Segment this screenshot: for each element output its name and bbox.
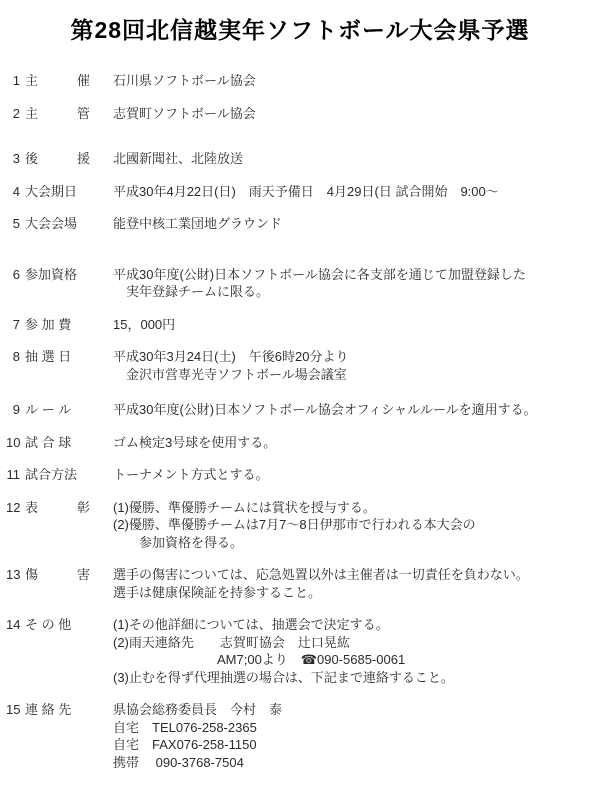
- item-value-line: 平成30年度(公財)日本ソフトボール協会に各支部を通じて加盟登録した: [113, 266, 594, 284]
- item-value-line: (1)その他詳細については、抽選会で決定する。: [113, 616, 594, 634]
- item-value: (1)その他詳細については、抽選会で決定する。(2)雨天連絡先 志賀町協会 辻口…: [113, 616, 594, 686]
- item-number: 15: [6, 701, 20, 719]
- item-value: 志賀町ソフトボール協会: [113, 105, 594, 123]
- item-value-line: 平成30年4月22日(日) 雨天予備日 4月29日(日 試合開始 9:00～: [113, 183, 594, 201]
- item-label: 大会会場: [25, 215, 113, 233]
- item-label: 試 合 球: [25, 434, 113, 452]
- list-item: 2主 管志賀町ソフトボール協会: [6, 105, 594, 123]
- item-number: 3: [6, 150, 20, 168]
- item-value-line: 平成30年3月24日(土) 午後6時20分より: [113, 348, 594, 366]
- item-label: 主 催: [25, 72, 113, 90]
- list-item: 8抽 選 日平成30年3月24日(土) 午後6時20分より 金沢市営専光寺ソフト…: [6, 348, 594, 383]
- item-label: 後 援: [25, 150, 113, 168]
- item-value: 北國新聞社、北陸放送: [113, 150, 594, 168]
- item-value: ゴム検定3号球を使用する。: [113, 434, 594, 452]
- item-value: 平成30年度(公財)日本ソフトボール協会に各支部を通じて加盟登録した 実年登録チ…: [113, 266, 594, 301]
- list-item: 5大会会場能登中核工業団地グラウンド: [6, 215, 594, 233]
- item-label: 表 彰: [25, 499, 113, 517]
- item-number: 4: [6, 183, 20, 201]
- item-number: 9: [6, 401, 20, 419]
- item-label: そ の 他: [25, 616, 113, 634]
- item-value-line: (3)止むを得ず代理抽選の場合は、下記まで連絡すること。: [113, 669, 594, 687]
- item-label: 参加資格: [25, 266, 113, 284]
- item-label: ル ー ル: [25, 401, 113, 419]
- items-list: 1主 催石川県ソフトボール協会2主 管志賀町ソフトボール協会3後 援北國新聞社、…: [6, 72, 594, 771]
- item-value-line: 自宅 FAX076-258-1150: [113, 736, 594, 754]
- item-value-line: 15，000円: [113, 316, 594, 334]
- item-value-line: トーナメント方式とする。: [113, 466, 594, 484]
- list-item: 9ル ー ル平成30年度(公財)日本ソフトボール協会オフィシャルルールを適用する…: [6, 401, 594, 419]
- document-page: 第28回北信越実年ソフトボール大会県予選 1主 催石川県ソフトボール協会2主 管…: [0, 0, 600, 789]
- item-number: 11: [6, 466, 20, 484]
- item-value: 能登中核工業団地グラウンド: [113, 215, 594, 233]
- list-item: 14そ の 他(1)その他詳細については、抽選会で決定する。(2)雨天連絡先 志…: [6, 616, 594, 686]
- item-number: 10: [6, 434, 20, 452]
- list-item: 3後 援北國新聞社、北陸放送: [6, 150, 594, 168]
- item-number: 12: [6, 499, 20, 517]
- item-value-line: 志賀町ソフトボール協会: [113, 105, 594, 123]
- item-label: 試合方法: [25, 466, 113, 484]
- item-value: 石川県ソフトボール協会: [113, 72, 594, 90]
- item-number: 14: [6, 616, 20, 634]
- item-value-line: 実年登録チームに限る。: [113, 283, 594, 301]
- item-value-line: 携帯 090-3768-7504: [113, 754, 594, 772]
- item-label: 傷 害: [25, 566, 113, 584]
- list-item: 15連 絡 先県協会総務委員長 今村 泰自宅 TEL076-258-2365自宅…: [6, 701, 594, 771]
- item-value: 15，000円: [113, 316, 594, 334]
- item-value-line: 平成30年度(公財)日本ソフトボール協会オフィシャルルールを適用する。: [113, 401, 594, 419]
- item-number: 5: [6, 215, 20, 233]
- list-item: 12表 彰(1)優勝、準優勝チームには賞状を授与する。(2)優勝、準優勝チームは…: [6, 499, 594, 552]
- item-value-line: 自宅 TEL076-258-2365: [113, 719, 594, 737]
- item-value-line: 県協会総務委員長 今村 泰: [113, 701, 594, 719]
- item-value: 平成30年3月24日(土) 午後6時20分より 金沢市営専光寺ソフトボール場会議…: [113, 348, 594, 383]
- item-value-line: 金沢市営専光寺ソフトボール場会議室: [113, 366, 594, 384]
- item-value-line: 能登中核工業団地グラウンド: [113, 215, 594, 233]
- item-number: 8: [6, 348, 20, 366]
- item-value-line: 選手は健康保険証を持参すること。: [113, 584, 594, 602]
- item-value: トーナメント方式とする。: [113, 466, 594, 484]
- item-value-line: 選手の傷害については、応急処置以外は主催者は一切責任を負わない。: [113, 566, 594, 584]
- item-value: 選手の傷害については、応急処置以外は主催者は一切責任を負わない。選手は健康保険証…: [113, 566, 594, 601]
- item-label: 参 加 費: [25, 316, 113, 334]
- item-value: (1)優勝、準優勝チームには賞状を授与する。(2)優勝、準優勝チームは7月7～8…: [113, 499, 594, 552]
- item-value: 平成30年度(公財)日本ソフトボール協会オフィシャルルールを適用する。: [113, 401, 594, 419]
- list-item: 4大会期日平成30年4月22日(日) 雨天予備日 4月29日(日 試合開始 9:…: [6, 183, 594, 201]
- item-value-line: AM7;00より ☎090-5685-0061: [113, 651, 594, 669]
- item-value-line: (2)雨天連絡先 志賀町協会 辻口晃紘: [113, 634, 594, 652]
- item-value-line: (2)優勝、準優勝チームは7月7～8日伊那市で行われる本大会の: [113, 516, 594, 534]
- item-number: 13: [6, 566, 20, 584]
- item-number: 2: [6, 105, 20, 123]
- list-item: 7参 加 費15，000円: [6, 316, 594, 334]
- item-value: 平成30年4月22日(日) 雨天予備日 4月29日(日 試合開始 9:00～: [113, 183, 594, 201]
- item-value-line: (1)優勝、準優勝チームには賞状を授与する。: [113, 499, 594, 517]
- item-label: 抽 選 日: [25, 348, 113, 366]
- item-number: 7: [6, 316, 20, 334]
- list-item: 1主 催石川県ソフトボール協会: [6, 72, 594, 90]
- item-label: 主 管: [25, 105, 113, 123]
- item-value-line: 参加資格を得る。: [113, 534, 594, 552]
- item-value-line: 北國新聞社、北陸放送: [113, 150, 594, 168]
- item-value-line: ゴム検定3号球を使用する。: [113, 434, 594, 452]
- item-label: 大会期日: [25, 183, 113, 201]
- list-item: 13傷 害選手の傷害については、応急処置以外は主催者は一切責任を負わない。選手は…: [6, 566, 594, 601]
- document-title: 第28回北信越実年ソフトボール大会県予選: [6, 10, 594, 45]
- list-item: 11試合方法トーナメント方式とする。: [6, 466, 594, 484]
- list-item: 6参加資格平成30年度(公財)日本ソフトボール協会に各支部を通じて加盟登録した …: [6, 266, 594, 301]
- item-value-line: 石川県ソフトボール協会: [113, 72, 594, 90]
- item-label: 連 絡 先: [25, 701, 113, 719]
- item-number: 6: [6, 266, 20, 284]
- item-number: 1: [6, 72, 20, 90]
- item-value: 県協会総務委員長 今村 泰自宅 TEL076-258-2365自宅 FAX076…: [113, 701, 594, 771]
- list-item: 10試 合 球ゴム検定3号球を使用する。: [6, 434, 594, 452]
